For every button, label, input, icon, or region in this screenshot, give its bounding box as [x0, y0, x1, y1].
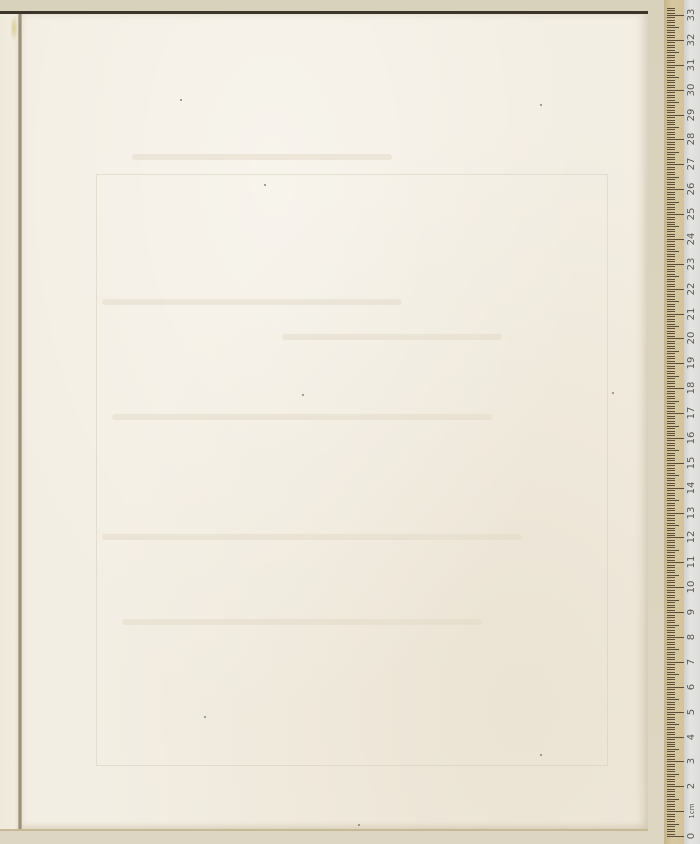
- ruler-mm-tick: [667, 67, 675, 68]
- ruler-mm-tick: [667, 22, 675, 23]
- ruler-mm-tick: [667, 353, 675, 354]
- ruler-mm-tick: [667, 226, 679, 227]
- ruler-cm-tick: [667, 587, 684, 588]
- paper-speck: [180, 99, 182, 101]
- ruler-mm-tick: [667, 508, 675, 509]
- ruler-mm-tick: [667, 605, 675, 606]
- ruler-mm-tick: [667, 659, 675, 660]
- ruler-mm-tick: [667, 806, 675, 807]
- ruler-mm-tick: [667, 739, 675, 740]
- ruler-mm-tick: [667, 707, 675, 708]
- ruler-cm-tick: [667, 264, 684, 265]
- ruler-cm-tick: [667, 289, 684, 290]
- ruler-cm-label: 26: [685, 181, 699, 197]
- ruler-mm-tick: [667, 689, 675, 690]
- ruler-mm-tick: [667, 552, 675, 553]
- ruler-mm-tick: [667, 309, 675, 310]
- ruler-cm-label: 0: [685, 828, 699, 844]
- ruler-mm-tick: [667, 197, 675, 198]
- ruler-mm-tick: [667, 296, 675, 297]
- ruler-mm-tick: [667, 500, 679, 501]
- ruler-mm-tick: [667, 704, 675, 705]
- ruler-mm-tick: [667, 304, 675, 305]
- ruler-mm-tick: [667, 20, 675, 21]
- ruler-mm-tick: [667, 378, 675, 379]
- ruler-cm-tick: [667, 537, 684, 538]
- ruler-mm-tick: [667, 368, 675, 369]
- ruler-cm-tick: [667, 637, 684, 638]
- ruler-mm-tick: [667, 443, 675, 444]
- ruler-cm-tick: [667, 164, 684, 165]
- ruler-mm-tick: [667, 426, 679, 427]
- ruler-mm-tick: [667, 505, 675, 506]
- ruler-mm-tick: [667, 460, 675, 461]
- ruler-cm-tick: [667, 761, 684, 762]
- ruler-mm-tick: [667, 234, 675, 235]
- ruler-mm-tick: [667, 236, 675, 237]
- blank-page: [22, 14, 648, 830]
- ruler-cm-label: 23: [685, 256, 699, 272]
- ruler-mm-tick: [667, 224, 675, 225]
- ruler-mm-tick: [667, 276, 679, 277]
- ruler-mm-tick: [667, 149, 675, 150]
- ruler-mm-tick: [667, 321, 675, 322]
- ruler-mm-tick: [667, 132, 675, 133]
- ruler-mm-tick: [667, 331, 675, 332]
- ruler-mm-tick: [667, 759, 675, 760]
- ruler-mm-tick: [667, 95, 675, 96]
- ruler-mm-tick: [667, 284, 675, 285]
- ruler-mm-tick: [667, 27, 679, 28]
- ruler-mm-tick: [667, 717, 675, 718]
- ruler-mm-tick: [667, 177, 679, 178]
- ruler-mm-tick: [667, 602, 675, 603]
- ruler-mm-tick: [667, 271, 675, 272]
- ruler-mm-tick: [667, 172, 675, 173]
- ruler-mm-tick: [667, 448, 675, 449]
- show-through-line: [102, 534, 522, 540]
- ruler-mm-tick: [667, 229, 675, 230]
- ruler-mm-tick: [667, 112, 675, 113]
- ruler-mm-tick: [667, 453, 675, 454]
- ruler-mm-tick: [667, 694, 675, 695]
- ruler-unit-label: 1cm: [685, 803, 699, 819]
- ruler-mm-tick: [667, 291, 675, 292]
- ruler-cm-tick: [667, 90, 684, 91]
- ruler-mm-tick: [667, 617, 675, 618]
- ruler-cm-tick: [667, 65, 684, 66]
- ruler-mm-tick: [667, 796, 675, 797]
- ruler-mm-tick: [667, 356, 675, 357]
- ruler-mm-tick: [667, 80, 675, 81]
- ruler-mm-tick: [667, 781, 675, 782]
- ruler-mm-tick: [667, 316, 675, 317]
- ruler-mm-tick: [667, 348, 675, 349]
- ruler-mm-tick: [667, 343, 675, 344]
- ruler-mm-tick: [667, 286, 675, 287]
- ruler-cm-tick: [667, 189, 684, 190]
- ruler-mm-tick: [667, 714, 675, 715]
- ruler-mm-tick: [667, 769, 675, 770]
- ruler-mm-tick: [667, 709, 675, 710]
- ruler-mm-tick: [667, 25, 675, 26]
- ruler-mm-tick: [667, 122, 675, 123]
- ruler-mm-tick: [667, 137, 675, 138]
- ruler-mm-tick: [667, 256, 675, 257]
- ruler-mm-tick: [667, 642, 675, 643]
- ruler-mm-tick: [667, 17, 675, 18]
- ruler-mm-tick: [667, 480, 675, 481]
- ruler-cm-tick: [667, 338, 684, 339]
- ruler-mm-tick: [667, 207, 675, 208]
- ruler-mm-tick: [667, 433, 675, 434]
- ruler-cm-label: 15: [685, 455, 699, 471]
- ruler-mm-tick: [667, 403, 675, 404]
- ruler-mm-tick: [667, 246, 675, 247]
- ruler-mm-tick: [667, 535, 675, 536]
- ruler-cm-label: 4: [685, 729, 699, 745]
- ruler-mm-tick: [667, 366, 675, 367]
- paper-speck: [204, 716, 206, 718]
- ruler-mm-tick: [667, 75, 675, 76]
- ruler-mm-tick: [667, 324, 675, 325]
- ruler-mm-tick: [667, 120, 675, 121]
- paper-speck: [358, 824, 360, 826]
- ruler-mm-tick: [667, 381, 675, 382]
- ruler-mm-tick: [667, 351, 679, 352]
- paper-speck: [540, 104, 542, 106]
- ruler-mm-tick: [667, 590, 675, 591]
- ruler-mm-tick: [667, 657, 675, 658]
- ruler-mm-tick: [667, 679, 675, 680]
- ruler-mm-tick: [667, 732, 675, 733]
- ruler-mm-tick: [667, 174, 675, 175]
- ruler-mm-tick: [667, 639, 675, 640]
- ruler-mm-tick: [667, 110, 675, 111]
- ruler-mm-tick: [667, 50, 675, 51]
- ruler-mm-tick: [667, 217, 675, 218]
- ruler-mm-tick: [667, 124, 675, 125]
- ruler-mm-tick: [667, 204, 675, 205]
- ruler-cm-label: 31: [685, 57, 699, 73]
- ruler-mm-tick: [667, 85, 675, 86]
- ruler-mm-tick: [667, 585, 675, 586]
- ruler-mm-tick: [667, 749, 679, 750]
- ruler-mm-tick: [667, 194, 675, 195]
- ruler-cm-tick: [667, 687, 684, 688]
- ruler-cm-tick: [667, 115, 684, 116]
- ruler-mm-tick: [667, 819, 675, 820]
- paper-speck: [264, 184, 266, 186]
- ruler-mm-tick: [667, 542, 675, 543]
- ruler-mm-tick: [667, 306, 675, 307]
- ruler-mm-tick: [667, 525, 679, 526]
- ruler-cm-tick: [667, 413, 684, 414]
- ruler-mm-tick: [667, 179, 675, 180]
- ruler-cm-tick: [667, 139, 684, 140]
- ruler-mm-tick: [667, 199, 675, 200]
- ruler-mm-tick: [667, 644, 675, 645]
- ruler-mm-tick: [667, 391, 675, 392]
- ruler-mm-tick: [667, 560, 675, 561]
- ruler-mm-tick: [667, 47, 675, 48]
- ruler-mm-tick: [667, 117, 675, 118]
- ruler-mm-tick: [667, 774, 679, 775]
- ruler-mm-tick: [667, 804, 675, 805]
- ruler-mm-tick: [667, 100, 675, 101]
- ruler-mm-tick: [667, 776, 675, 777]
- ruler-mm-tick: [667, 834, 675, 835]
- ruler-mm-tick: [667, 458, 675, 459]
- ruler-mm-tick: [667, 328, 675, 329]
- ruler-mm-tick: [667, 209, 675, 210]
- ruler-mm-tick: [667, 575, 679, 576]
- ruler-mm-tick: [667, 147, 675, 148]
- ruler-cm-label: 6: [685, 679, 699, 695]
- ruler-mm-tick: [667, 92, 675, 93]
- ruler-mm-tick: [667, 567, 675, 568]
- ruler-mm-tick: [667, 408, 675, 409]
- measurement-ruler: 01cm234567891011121314151617181920212223…: [664, 0, 700, 844]
- ruler-mm-tick: [667, 555, 675, 556]
- ruler-mm-tick: [667, 192, 675, 193]
- ruler-mm-tick: [667, 281, 675, 282]
- ruler-mm-tick: [667, 127, 679, 128]
- ruler-mm-tick: [667, 154, 675, 155]
- ruler-mm-tick: [667, 669, 675, 670]
- ruler-cm-label: 22: [685, 281, 699, 297]
- ruler-mm-tick: [667, 610, 675, 611]
- ruler-mm-tick: [667, 373, 675, 374]
- ruler-mm-tick: [667, 523, 675, 524]
- ruler-cm-tick: [667, 239, 684, 240]
- ruler-mm-tick: [667, 664, 675, 665]
- ruler-mm-tick: [667, 55, 675, 56]
- ruler-mm-tick: [667, 530, 675, 531]
- ruler-cm-label: 32: [685, 32, 699, 48]
- ruler-mm-tick: [667, 244, 675, 245]
- ruler-cm-tick: [667, 488, 684, 489]
- ruler-mm-tick: [667, 829, 675, 830]
- ruler-mm-tick: [667, 791, 675, 792]
- ruler-cm-tick: [667, 40, 684, 41]
- ruler-mm-tick: [667, 82, 675, 83]
- show-through-line: [112, 414, 492, 420]
- ruler-mm-tick: [667, 254, 675, 255]
- ruler-mm-tick: [667, 87, 675, 88]
- ruler-mm-tick: [667, 445, 675, 446]
- ruler-mm-tick: [667, 784, 675, 785]
- ruler-mm-tick: [667, 274, 675, 275]
- ruler-mm-tick: [667, 615, 675, 616]
- ruler-cm-tick: [667, 737, 684, 738]
- ruler-cm-label: 33: [685, 7, 699, 23]
- ruler-mm-tick: [667, 52, 679, 53]
- ruler-mm-tick: [667, 346, 675, 347]
- ruler-mm-tick: [667, 547, 675, 548]
- ruler-mm-tick: [667, 485, 675, 486]
- ruler-mm-tick: [667, 677, 675, 678]
- ruler-mm-tick: [667, 421, 675, 422]
- ruler-mm-tick: [667, 301, 679, 302]
- ruler-mm-tick: [667, 105, 675, 106]
- ruler-mm-tick: [667, 107, 675, 108]
- ruler-mm-tick: [667, 169, 675, 170]
- ruler-mm-tick: [667, 789, 675, 790]
- ruler-cm-label: 29: [685, 107, 699, 123]
- ruler-mm-tick: [667, 572, 675, 573]
- ruler-mm-tick: [667, 383, 675, 384]
- ruler-mm-tick: [667, 470, 675, 471]
- ruler-mm-tick: [667, 814, 675, 815]
- ruler-mm-tick: [667, 742, 675, 743]
- ruler-cm-label: 19: [685, 355, 699, 371]
- ruler-mm-tick: [667, 719, 675, 720]
- ruler-cm-tick: [667, 836, 684, 837]
- ruler-mm-tick: [667, 746, 675, 747]
- ruler-mm-tick: [667, 722, 675, 723]
- ruler-mm-tick: [667, 630, 675, 631]
- paper-speck: [612, 392, 614, 394]
- ruler-mm-tick: [667, 299, 675, 300]
- ruler-mm-tick: [667, 518, 675, 519]
- ruler-mm-tick: [667, 493, 675, 494]
- ruler-mm-tick: [667, 398, 675, 399]
- ruler-cm-tick: [667, 438, 684, 439]
- ruler-cm-tick: [667, 612, 684, 613]
- ruler-mm-tick: [667, 152, 679, 153]
- show-through-line: [102, 299, 402, 305]
- ruler-mm-tick: [667, 533, 675, 534]
- ruler-mm-tick: [667, 35, 675, 36]
- ruler-mm-tick: [667, 167, 675, 168]
- ruler-mm-tick: [667, 212, 675, 213]
- ruler-mm-tick: [667, 45, 675, 46]
- ruler-mm-tick: [667, 431, 675, 432]
- ruler-mm-tick: [667, 557, 675, 558]
- ruler-mm-tick: [667, 545, 675, 546]
- ruler-mm-tick: [667, 202, 679, 203]
- ruler-cm-label: 14: [685, 480, 699, 496]
- ruler-mm-tick: [667, 311, 675, 312]
- ruler-mm-tick: [667, 418, 675, 419]
- ruler-cm-label: 13: [685, 505, 699, 521]
- ruler-mm-tick: [667, 72, 675, 73]
- plate-mark-border: [96, 174, 608, 766]
- ruler-cm-label: 2: [685, 778, 699, 794]
- ruler-mm-tick: [667, 600, 679, 601]
- ruler-mm-tick: [667, 702, 675, 703]
- ruler-mm-tick: [667, 799, 679, 800]
- ruler-mm-tick: [667, 184, 675, 185]
- ruler-mm-tick: [667, 70, 675, 71]
- ruler-cm-label: 25: [685, 206, 699, 222]
- ruler-mm-tick: [667, 809, 675, 810]
- ruler-mm-tick: [667, 396, 675, 397]
- ruler-cm-label: 18: [685, 380, 699, 396]
- ruler-mm-tick: [667, 647, 675, 648]
- ruler-mm-tick: [667, 30, 675, 31]
- ruler-mm-tick: [667, 697, 675, 698]
- ruler-mm-tick: [667, 816, 675, 817]
- ruler-mm-tick: [667, 824, 679, 825]
- ruler-mm-tick: [667, 490, 675, 491]
- ruler-mm-tick: [667, 423, 675, 424]
- ruler-mm-tick: [667, 333, 675, 334]
- ruler-mm-tick: [667, 692, 675, 693]
- facing-page-edge: [0, 14, 20, 830]
- show-through-line: [122, 619, 482, 625]
- ruler-mm-tick: [667, 406, 675, 407]
- ruler-cm-label: 7: [685, 654, 699, 670]
- ruler-mm-tick: [667, 32, 675, 33]
- ruler-cm-tick: [667, 513, 684, 514]
- ruler-mm-tick: [667, 580, 675, 581]
- ruler-mm-tick: [667, 766, 675, 767]
- ruler-mm-tick: [667, 528, 675, 529]
- ruler-mm-tick: [667, 358, 675, 359]
- ruler-mm-tick: [667, 455, 675, 456]
- ruler-cm-tick: [667, 463, 684, 464]
- ruler-cm-label: 27: [685, 156, 699, 172]
- ruler-mm-tick: [667, 261, 675, 262]
- ruler-mm-tick: [667, 129, 675, 130]
- ruler-mm-tick: [667, 727, 675, 728]
- ruler-mm-tick: [667, 510, 675, 511]
- ruler-mm-tick: [667, 684, 675, 685]
- ruler-mm-tick: [667, 259, 675, 260]
- ruler-cm-label: 11: [685, 554, 699, 570]
- ruler-mm-tick: [667, 62, 675, 63]
- show-through-line: [132, 154, 392, 160]
- ruler-mm-tick: [667, 219, 675, 220]
- ruler-mm-tick: [667, 428, 675, 429]
- ruler-mm-tick: [667, 632, 675, 633]
- ruler-mm-tick: [667, 831, 675, 832]
- ruler-mm-tick: [667, 13, 675, 14]
- ruler-mm-tick: [667, 241, 675, 242]
- ruler-mm-tick: [667, 411, 675, 412]
- ruler-mm-tick: [667, 393, 675, 394]
- ruler-mm-tick: [667, 622, 675, 623]
- ruler-mm-tick: [667, 582, 675, 583]
- ruler-mm-tick: [667, 42, 675, 43]
- ruler-mm-tick: [667, 77, 679, 78]
- ruler-mm-tick: [667, 794, 675, 795]
- ruler-mm-tick: [667, 654, 675, 655]
- ruler-mm-tick: [667, 607, 675, 608]
- ruler-mm-tick: [667, 779, 675, 780]
- ruler-mm-tick: [667, 515, 675, 516]
- ruler-mm-tick: [667, 468, 675, 469]
- ruler-mm-tick: [667, 279, 675, 280]
- ruler-mm-tick: [667, 475, 679, 476]
- ruler-mm-tick: [667, 102, 679, 103]
- ruler-mm-tick: [667, 249, 675, 250]
- ruler-mm-tick: [667, 319, 675, 320]
- ruler-mm-tick: [667, 821, 675, 822]
- ruler-mm-tick: [667, 10, 675, 11]
- ruler-mm-tick: [667, 266, 675, 267]
- ruler-mm-tick: [667, 667, 675, 668]
- ruler-mm-tick: [667, 97, 675, 98]
- ruler-cm-label: 10: [685, 579, 699, 595]
- ruler-mm-tick: [667, 729, 675, 730]
- ruler-mm-tick: [667, 159, 675, 160]
- gutter-stain: [10, 14, 18, 42]
- ruler-mm-tick: [667, 754, 675, 755]
- ruler-mm-tick: [667, 764, 675, 765]
